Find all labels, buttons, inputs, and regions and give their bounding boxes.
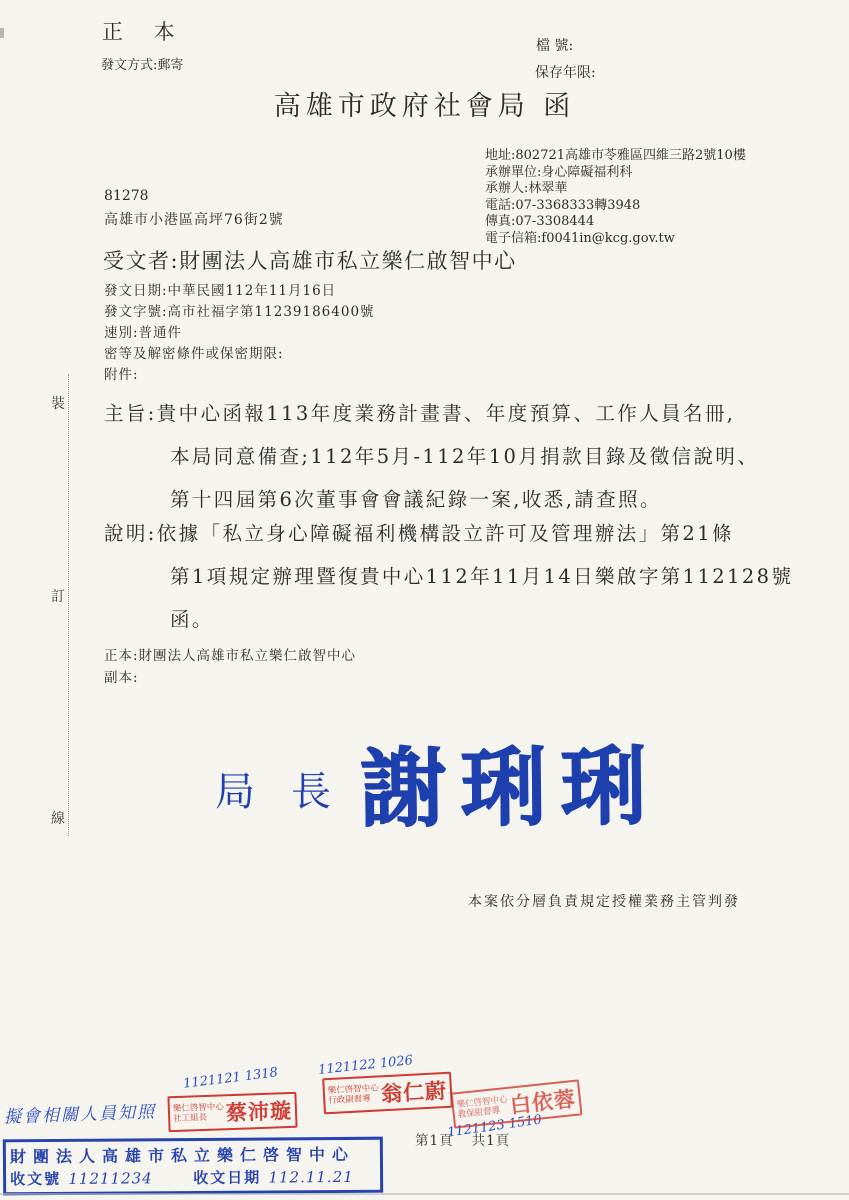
agency-phone: 電話:07-3368333轉3948 [485, 198, 746, 215]
stamp-bai-name: 白依蓉 [508, 1083, 577, 1120]
receipt-date-value: 112.11.21 [268, 1168, 353, 1187]
cc-copy-line: 副本: [104, 667, 356, 689]
stamp-weng-name: 翁仁蔚 [380, 1075, 447, 1108]
description-line-2: 第1項規定辦理暨復貴中心112年11月14日樂啟字第112128號 [170, 555, 804, 598]
agency-unit: 承辦單位:身心障礙福利科 [485, 165, 746, 182]
copies-block: 正本:財團法人高雄市私立樂仁啟智中心 副本: [104, 645, 356, 689]
binding-char-zhuang: 裝 [51, 393, 65, 413]
page-total: 共1頁 [472, 1133, 511, 1149]
receipt-detail-line: 收文號 11211234 收文日期 112.11.21 [10, 1166, 376, 1190]
agency-contact-person: 承辦人:林翠華 [485, 181, 746, 198]
description-label: 說明: [104, 522, 157, 545]
copy-type-label: 正 本 [102, 16, 187, 46]
binding-char-xian: 線 [51, 808, 65, 828]
subject-label: 主旨: [104, 402, 157, 425]
binding-char-ding: 訂 [51, 586, 65, 606]
page-current: 第1頁 [415, 1133, 454, 1149]
description-paragraph: 說明:依據「私立身心障礙福利機構設立許可及管理辦法」第21條 第1項規定辦理暨復… [104, 512, 804, 641]
scan-edge-line [0, 1193, 849, 1195]
attachment-field: 附件: [104, 365, 375, 386]
director-name-stamp: 謝琍琍 [359, 716, 660, 843]
document-title: 高雄市政府社會局 函 [0, 84, 849, 123]
subject-line-1: 主旨:貴中心函報113年度業務計畫書、年度預算、工作人員名冊, [104, 392, 804, 435]
security-class: 密等及解密條件或保密期限: [104, 344, 375, 365]
director-title-stamp: 局長 [215, 760, 367, 817]
recipient-line: 受文者:財團法人高雄市私立樂仁啟智中心 [103, 245, 517, 275]
receipt-org: 財團法人高雄市私立樂仁啓智中心 [10, 1142, 376, 1168]
stamp-cai-role: 社工組長 [173, 1112, 224, 1124]
recipient-address: 高雄市小港區高坪76街2號 [104, 209, 284, 229]
description-line-3: 函。 [170, 598, 804, 641]
issue-date: 發文日期:中華民國112年11月16日 [104, 281, 375, 302]
agency-address: 地址:802721高雄市苓雅區四維三路2號10樓 [485, 148, 746, 165]
letter-meta-block: 發文日期:中華民國112年11月16日 發文字號:高市社福字第112391864… [104, 281, 375, 386]
agency-contact-block: 地址:802721高雄市苓雅區四維三路2號10樓 承辦單位:身心障礙福利科 承辦… [485, 148, 746, 248]
stamp-weng-role: 行政副督導 [328, 1093, 379, 1106]
receipt-stamp-box: 財團法人高雄市私立樂仁啓智中心 收文號 11211234 收文日期 112.11… [3, 1137, 383, 1196]
handwritten-routing-note: 擬會相關人員知照 [4, 1097, 157, 1127]
original-copy-line: 正本:財團法人高雄市私立樂仁啟智中心 [104, 645, 356, 667]
scan-edge-mark [0, 28, 4, 38]
scanned-official-letter: 正 本 發文方式:郵寄 檔 號: 保存年限: 高雄市政府社會局 函 地址:802… [0, 0, 849, 1200]
care-supervisor-stamp: 樂仁啓智中心 教保組督導 白依蓉 [450, 1079, 582, 1128]
subject-line-2: 本局同意備查;112年5月-112年10月捐款目錄及徵信說明、 [170, 435, 804, 478]
recipient-zip: 81278 [104, 188, 149, 204]
speed-class: 速別:普通件 [104, 323, 375, 344]
receipt-no-value: 11211234 [68, 1169, 152, 1188]
description-line-1: 說明:依據「私立身心障礙福利機構設立許可及管理辦法」第21條 [104, 512, 804, 555]
retention-period-label: 保存年限: [535, 62, 596, 82]
stamp-cai-name: 蔡沛璇 [225, 1095, 292, 1127]
authorization-note: 本案依分層負責規定授權業務主管判發 [468, 891, 740, 911]
file-number-label: 檔 號: [536, 35, 573, 55]
social-worker-chief-stamp: 樂仁啓智中心 社工組長 蔡沛璇 [167, 1092, 297, 1132]
receipt-date-label: 收文日期 [193, 1169, 261, 1187]
reference-number: 發文字號:高市社福字第11239186400號 [104, 302, 375, 323]
subject-paragraph: 主旨:貴中心函報113年度業務計畫書、年度預算、工作人員名冊, 本局同意備查;1… [104, 392, 804, 521]
binding-dotted-line [68, 374, 69, 836]
agency-fax: 傳真:07-3308444 [485, 214, 746, 231]
handwritten-datetime-1: 1121121 1318 [182, 1065, 278, 1091]
admin-supervisor-stamp: 樂仁啓智中心 行政副督導 翁仁蔚 [322, 1072, 453, 1115]
agency-email: 電子信箱:f0041in@kcg.gov.tw [485, 231, 746, 248]
receipt-no-label: 收文號 [10, 1170, 61, 1188]
page-number: 第1頁共1頁 [415, 1129, 510, 1149]
delivery-method: 發文方式:郵寄 [101, 54, 183, 73]
